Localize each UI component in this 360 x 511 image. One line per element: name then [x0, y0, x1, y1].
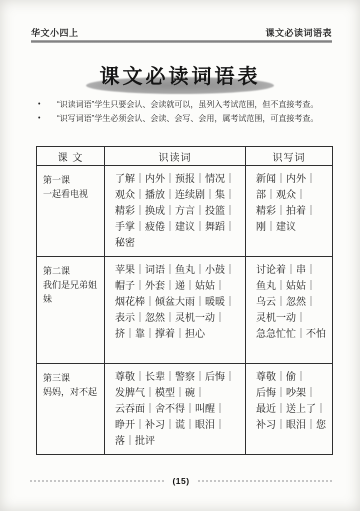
footer-dotted-line-left — [30, 480, 164, 482]
vocab-word: 集｜ — [215, 188, 235, 204]
column-header-lesson: 课 文 — [37, 147, 105, 166]
vocab-word: 苹果｜ — [115, 263, 145, 279]
table-row: 第二课我们是兄弟姐妹苹果｜词语｜鱼丸｜小鼓｜帽子｜外套｜递｜姑姑｜烟花棒｜倾盆大… — [37, 257, 333, 364]
table-header-row: 课 文 识读词 识写词 — [37, 147, 333, 166]
lesson-cell: 第二课我们是兄弟姐妹 — [37, 257, 105, 364]
vocab-word: 担心 — [185, 327, 205, 343]
vocab-table: 课 文 识读词 识写词 第一课一起看电视了解｜内外｜预报｜情况｜观众｜播放｜连续… — [36, 146, 333, 455]
vocab-word: 偷｜ — [286, 370, 306, 386]
running-header-right: 课文必读词语表 — [265, 26, 332, 39]
vocab-word: 批评 — [135, 434, 155, 450]
vocab-word: 落｜ — [115, 434, 135, 450]
vocab-word: 观众｜ — [276, 188, 306, 204]
vocab-word: 最近｜ — [256, 402, 286, 418]
column-header-writing-words: 识写词 — [246, 147, 333, 166]
note-text: “识读词语”学生只要会认、会读就可以，虽列入考试范围，但不直接考查。 — [57, 98, 318, 112]
reading-words-cell: 苹果｜词语｜鱼丸｜小鼓｜帽子｜外套｜递｜姑姑｜烟花棒｜倾盆大雨｜暖暖｜表示｜忽然… — [105, 257, 246, 364]
vocab-word: 精彩｜ — [115, 204, 145, 220]
vocab-word: 帽子｜ — [115, 279, 145, 295]
note-item: •“识读词语”学生只要会认、会读就可以，虽列入考试范围，但不直接考查。 — [38, 98, 334, 112]
vocab-word: 投篮｜ — [205, 204, 235, 220]
vocab-word: 表示｜ — [115, 311, 145, 327]
vocab-word: 建议｜ — [175, 220, 205, 236]
vocab-word: 谎｜ — [175, 418, 195, 434]
reading-words-cell: 了解｜内外｜预报｜情况｜观众｜播放｜连续剧｜集｜精彩｜换成｜方言｜投篮｜手掌｜疲… — [105, 166, 246, 257]
vocab-word: 云吞面｜ — [115, 402, 155, 418]
vocab-word: 您 — [316, 418, 326, 434]
lesson-title: 妈妈，对不起 — [43, 385, 100, 399]
vocab-word: 讨论着｜ — [256, 263, 296, 279]
vocab-word: 尊敬｜ — [256, 370, 286, 386]
vocab-word: 精彩｜ — [256, 204, 286, 220]
page-footer: (15) — [30, 474, 332, 488]
writing-words-cell: 新闻｜内外｜部｜观众｜精彩｜拍着｜刚｜建议 — [246, 166, 333, 257]
vocab-word: 刚｜ — [256, 220, 276, 236]
vocab-word: 换成｜ — [145, 204, 175, 220]
vocab-word: 了解｜ — [115, 172, 145, 188]
vocab-word: 播放｜ — [145, 188, 175, 204]
bullet-icon: • — [38, 98, 57, 112]
vocab-word: 眼泪｜ — [286, 418, 316, 434]
vocab-word: 撑着｜ — [155, 327, 185, 343]
page-title: 课文必读词语表 — [100, 60, 261, 89]
vocab-word: 送上了｜ — [286, 402, 326, 418]
lesson-number: 第二课 — [43, 264, 100, 278]
vocab-word: 挤｜ — [115, 327, 135, 343]
table-row: 第一课一起看电视了解｜内外｜预报｜情况｜观众｜播放｜连续剧｜集｜精彩｜换成｜方言… — [37, 166, 333, 257]
vocab-word: 疲倦｜ — [145, 220, 175, 236]
vocab-word: 内外｜ — [286, 172, 316, 188]
vocab-word: 拍着｜ — [286, 204, 316, 220]
vocab-word: 忽然｜ — [286, 295, 316, 311]
vocab-word: 词语｜ — [145, 263, 175, 279]
page-number: (15) — [164, 476, 197, 486]
vocab-word: 外套｜ — [145, 279, 175, 295]
vocab-word: 递｜ — [175, 279, 195, 295]
vocab-word: 内外｜ — [145, 172, 175, 188]
vocab-word: 碗｜ — [185, 386, 205, 402]
table-row: 第三课妈妈，对不起尊敬｜长辈｜警察｜后悔｜发脾气｜模型｜碗｜云吞面｜舍不得｜叫醒… — [37, 364, 333, 455]
vocab-word: 舍不得｜ — [155, 402, 195, 418]
header-rule — [31, 40, 332, 43]
vocab-word: 后悔｜ — [256, 386, 286, 402]
vocab-word: 烟花棒｜ — [115, 295, 155, 311]
vocab-word: 靠｜ — [135, 327, 155, 343]
vocab-word: 补习｜ — [256, 418, 286, 434]
vocab-word: 后悔｜ — [205, 370, 235, 386]
running-header: 华文小四上 课文必读词语表 — [31, 26, 332, 39]
vocab-word: 灵机一动｜ — [175, 311, 225, 327]
vocab-word: 部｜ — [256, 188, 276, 204]
vocab-word: 鱼丸｜ — [256, 279, 286, 295]
vocab-word: 吵架｜ — [286, 386, 316, 402]
column-header-reading-words: 识读词 — [105, 147, 246, 166]
vocab-word: 睁开｜ — [115, 418, 145, 434]
note-item: •“识写词语”学生必须会认、会读、会写、会用，属考试范围，可直接考查。 — [38, 112, 334, 126]
vocab-word: 观众｜ — [115, 188, 145, 204]
vocab-word: 方言｜ — [175, 204, 205, 220]
vocab-word: 新闻｜ — [256, 172, 286, 188]
notes-list: •“识读词语”学生只要会认、会读就可以，虽列入考试范围，但不直接考查。•“识写词… — [38, 98, 334, 126]
lesson-number: 第一课 — [43, 173, 100, 187]
vocab-word: 尊敬｜ — [115, 370, 145, 386]
vocab-word: 姑姑｜ — [195, 279, 225, 295]
vocab-word: 串｜ — [296, 263, 316, 279]
vocab-word: 乌云｜ — [256, 295, 286, 311]
vocab-word: 秘密 — [115, 236, 135, 252]
vocab-word: 发脾气｜ — [115, 386, 155, 402]
vocab-word: 眼泪｜ — [195, 418, 225, 434]
vocab-word: 长辈｜ — [145, 370, 175, 386]
vocab-word: 姑姑｜ — [286, 279, 316, 295]
lesson-cell: 第一课一起看电视 — [37, 166, 105, 257]
vocab-word: 灵机一动｜ — [256, 311, 306, 327]
footer-dotted-line-right — [198, 480, 332, 482]
vocab-word: 模型｜ — [155, 386, 185, 402]
vocab-word: 情况｜ — [205, 172, 235, 188]
vocab-word: 忽然｜ — [145, 311, 175, 327]
writing-words-cell: 尊敬｜偷｜后悔｜吵架｜最近｜送上了｜补习｜眼泪｜您 — [246, 364, 333, 455]
lesson-title: 我们是兄弟姐妹 — [43, 278, 100, 306]
lesson-cell: 第三课妈妈，对不起 — [37, 364, 105, 455]
vocab-word: 叫醒｜ — [195, 402, 225, 418]
lesson-title: 一起看电视 — [43, 187, 100, 201]
writing-words-cell: 讨论着｜串｜鱼丸｜姑姑｜乌云｜忽然｜灵机一动｜急急忙忙｜不怕 — [246, 257, 333, 364]
vocab-word: 建议 — [276, 220, 296, 236]
vocab-word: 舞蹈｜ — [205, 220, 235, 236]
note-text: “识写词语”学生必须会认、会读、会写、会用，属考试范围，可直接考查。 — [57, 112, 318, 126]
vocab-word: 鱼丸｜ — [175, 263, 205, 279]
textbook-page: 华文小四上 课文必读词语表 课文必读词语表 •“识读词语”学生只要会认、会读就可… — [0, 0, 360, 511]
vocab-word: 小鼓｜ — [205, 263, 235, 279]
vocab-word: 预报｜ — [175, 172, 205, 188]
vocab-word: 暖暖｜ — [205, 295, 235, 311]
vocab-word: 连续剧｜ — [175, 188, 215, 204]
title-block: 课文必读词语表 — [0, 56, 360, 96]
vocab-word: 补习｜ — [145, 418, 175, 434]
reading-words-cell: 尊敬｜长辈｜警察｜后悔｜发脾气｜模型｜碗｜云吞面｜舍不得｜叫醒｜睁开｜补习｜谎｜… — [105, 364, 246, 455]
vocab-word: 警察｜ — [175, 370, 205, 386]
vocab-word: 倾盆大雨｜ — [155, 295, 205, 311]
lesson-number: 第三课 — [43, 371, 100, 385]
running-header-left: 华文小四上 — [31, 26, 79, 39]
vocab-word: 不怕 — [306, 327, 326, 343]
bullet-icon: • — [38, 112, 57, 126]
vocab-word: 急急忙忙｜ — [256, 327, 306, 343]
vocab-word: 手掌｜ — [115, 220, 145, 236]
